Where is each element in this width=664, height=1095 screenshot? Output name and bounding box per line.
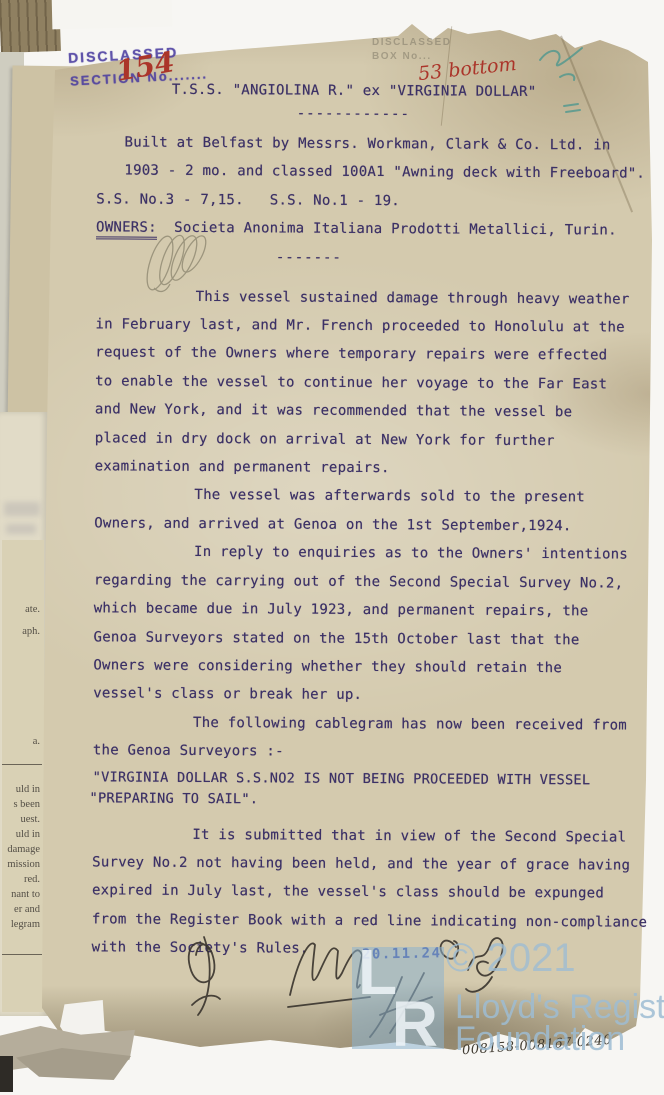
body-line: vessel's class or break her up. [38, 679, 646, 711]
cablegram-line: "VIRGINIA DOLLAR S.S.NO2 IS NOT BEING PR… [38, 769, 646, 790]
showthrough-smudge [6, 524, 36, 534]
body-line: In reply to enquiries as to the Owners' … [39, 537, 647, 569]
intro-line: S.S. No.3 - 7,15. S.S. No.1 - 19. [41, 185, 649, 217]
clipping-rule [2, 764, 42, 765]
cablegram-line: "PREPARING TO SAIL". [38, 790, 646, 811]
clipping-fragment: legram [11, 919, 40, 930]
intro-line: Built at Belfast by Messrs. Workman, Cla… [41, 128, 649, 160]
body-line: in February last, and Mr. French proceed… [40, 310, 648, 342]
signature-cws [441, 938, 503, 992]
body-line: the Genoa Surveyors :- [38, 736, 646, 768]
body-line: Genoa Surveyors stated on the 15th Octob… [38, 622, 646, 654]
owners-value: Societa Anonima Italiana Prodotti Metall… [157, 220, 617, 239]
body-line: request of the Owners where temporary re… [40, 338, 648, 370]
clipping-fragment: nant to [11, 889, 40, 900]
clipping-fragment: damage [7, 844, 40, 855]
body-line: The following cablegram has now been rec… [38, 708, 646, 740]
box-stamp-line1: DISCLASSED [372, 36, 451, 50]
scanned-document-photo: ate. aph. a. uld in s been uest. uld in … [0, 0, 664, 1095]
body-line: which became due in July 1923, and perma… [39, 594, 647, 626]
body-line: Owners were considering whether they sho… [38, 651, 646, 683]
signature-ms [288, 943, 370, 1007]
body-line: It is submitted that in view of the Seco… [37, 820, 645, 852]
body-line: examination and permanent repairs. [40, 452, 648, 484]
body-line: Owners, and arrived at Genoa on the 1st … [39, 509, 647, 541]
intro-line: 1903 - 2 mo. and classed 100A1 "Awning d… [41, 156, 649, 188]
typed-text-block: T.S.S. "ANGIOLINA R." ex "VIRGINIA DOLLA… [37, 74, 650, 965]
clipping-fragment: uld in [16, 784, 40, 795]
body-line: This vessel sustained damage through hea… [41, 282, 649, 314]
dark-fragment [0, 1056, 13, 1092]
body-line: The vessel was afterwards sold to the pr… [39, 480, 647, 512]
body-line: regarding the carrying out of the Second… [39, 566, 647, 598]
showthrough-smudge [4, 502, 40, 516]
body-line: expired in July last, the vessel's class… [37, 876, 645, 908]
body-line: Survey No.2 not having been held, and th… [37, 848, 645, 880]
date-stamp: 20.11.24 [362, 945, 442, 962]
owners-line: OWNERS: Societa Anonima Italiana Prodott… [41, 213, 649, 245]
signature-monogram [189, 937, 220, 1015]
signatures [140, 915, 540, 1045]
clipping-fragment: mission [7, 859, 40, 870]
clipping-fragment: s been [13, 799, 40, 810]
signature-jm [370, 973, 432, 1037]
separator-dashes: ------- [41, 242, 649, 274]
clipping-fragment: aph. [22, 626, 40, 637]
body-line: placed in dry dock on arrival at New Yor… [40, 424, 648, 456]
underlay-white-corner [52, 0, 173, 29]
pencil-scribble [140, 218, 220, 300]
body-line: and New York, and it was recommended tha… [40, 395, 648, 427]
body-line: to enable the vessel to continue her voy… [40, 367, 648, 399]
page-title: T.S.S. "ANGIOLINA R." ex "VIRGINIA DOLLA… [42, 74, 650, 108]
